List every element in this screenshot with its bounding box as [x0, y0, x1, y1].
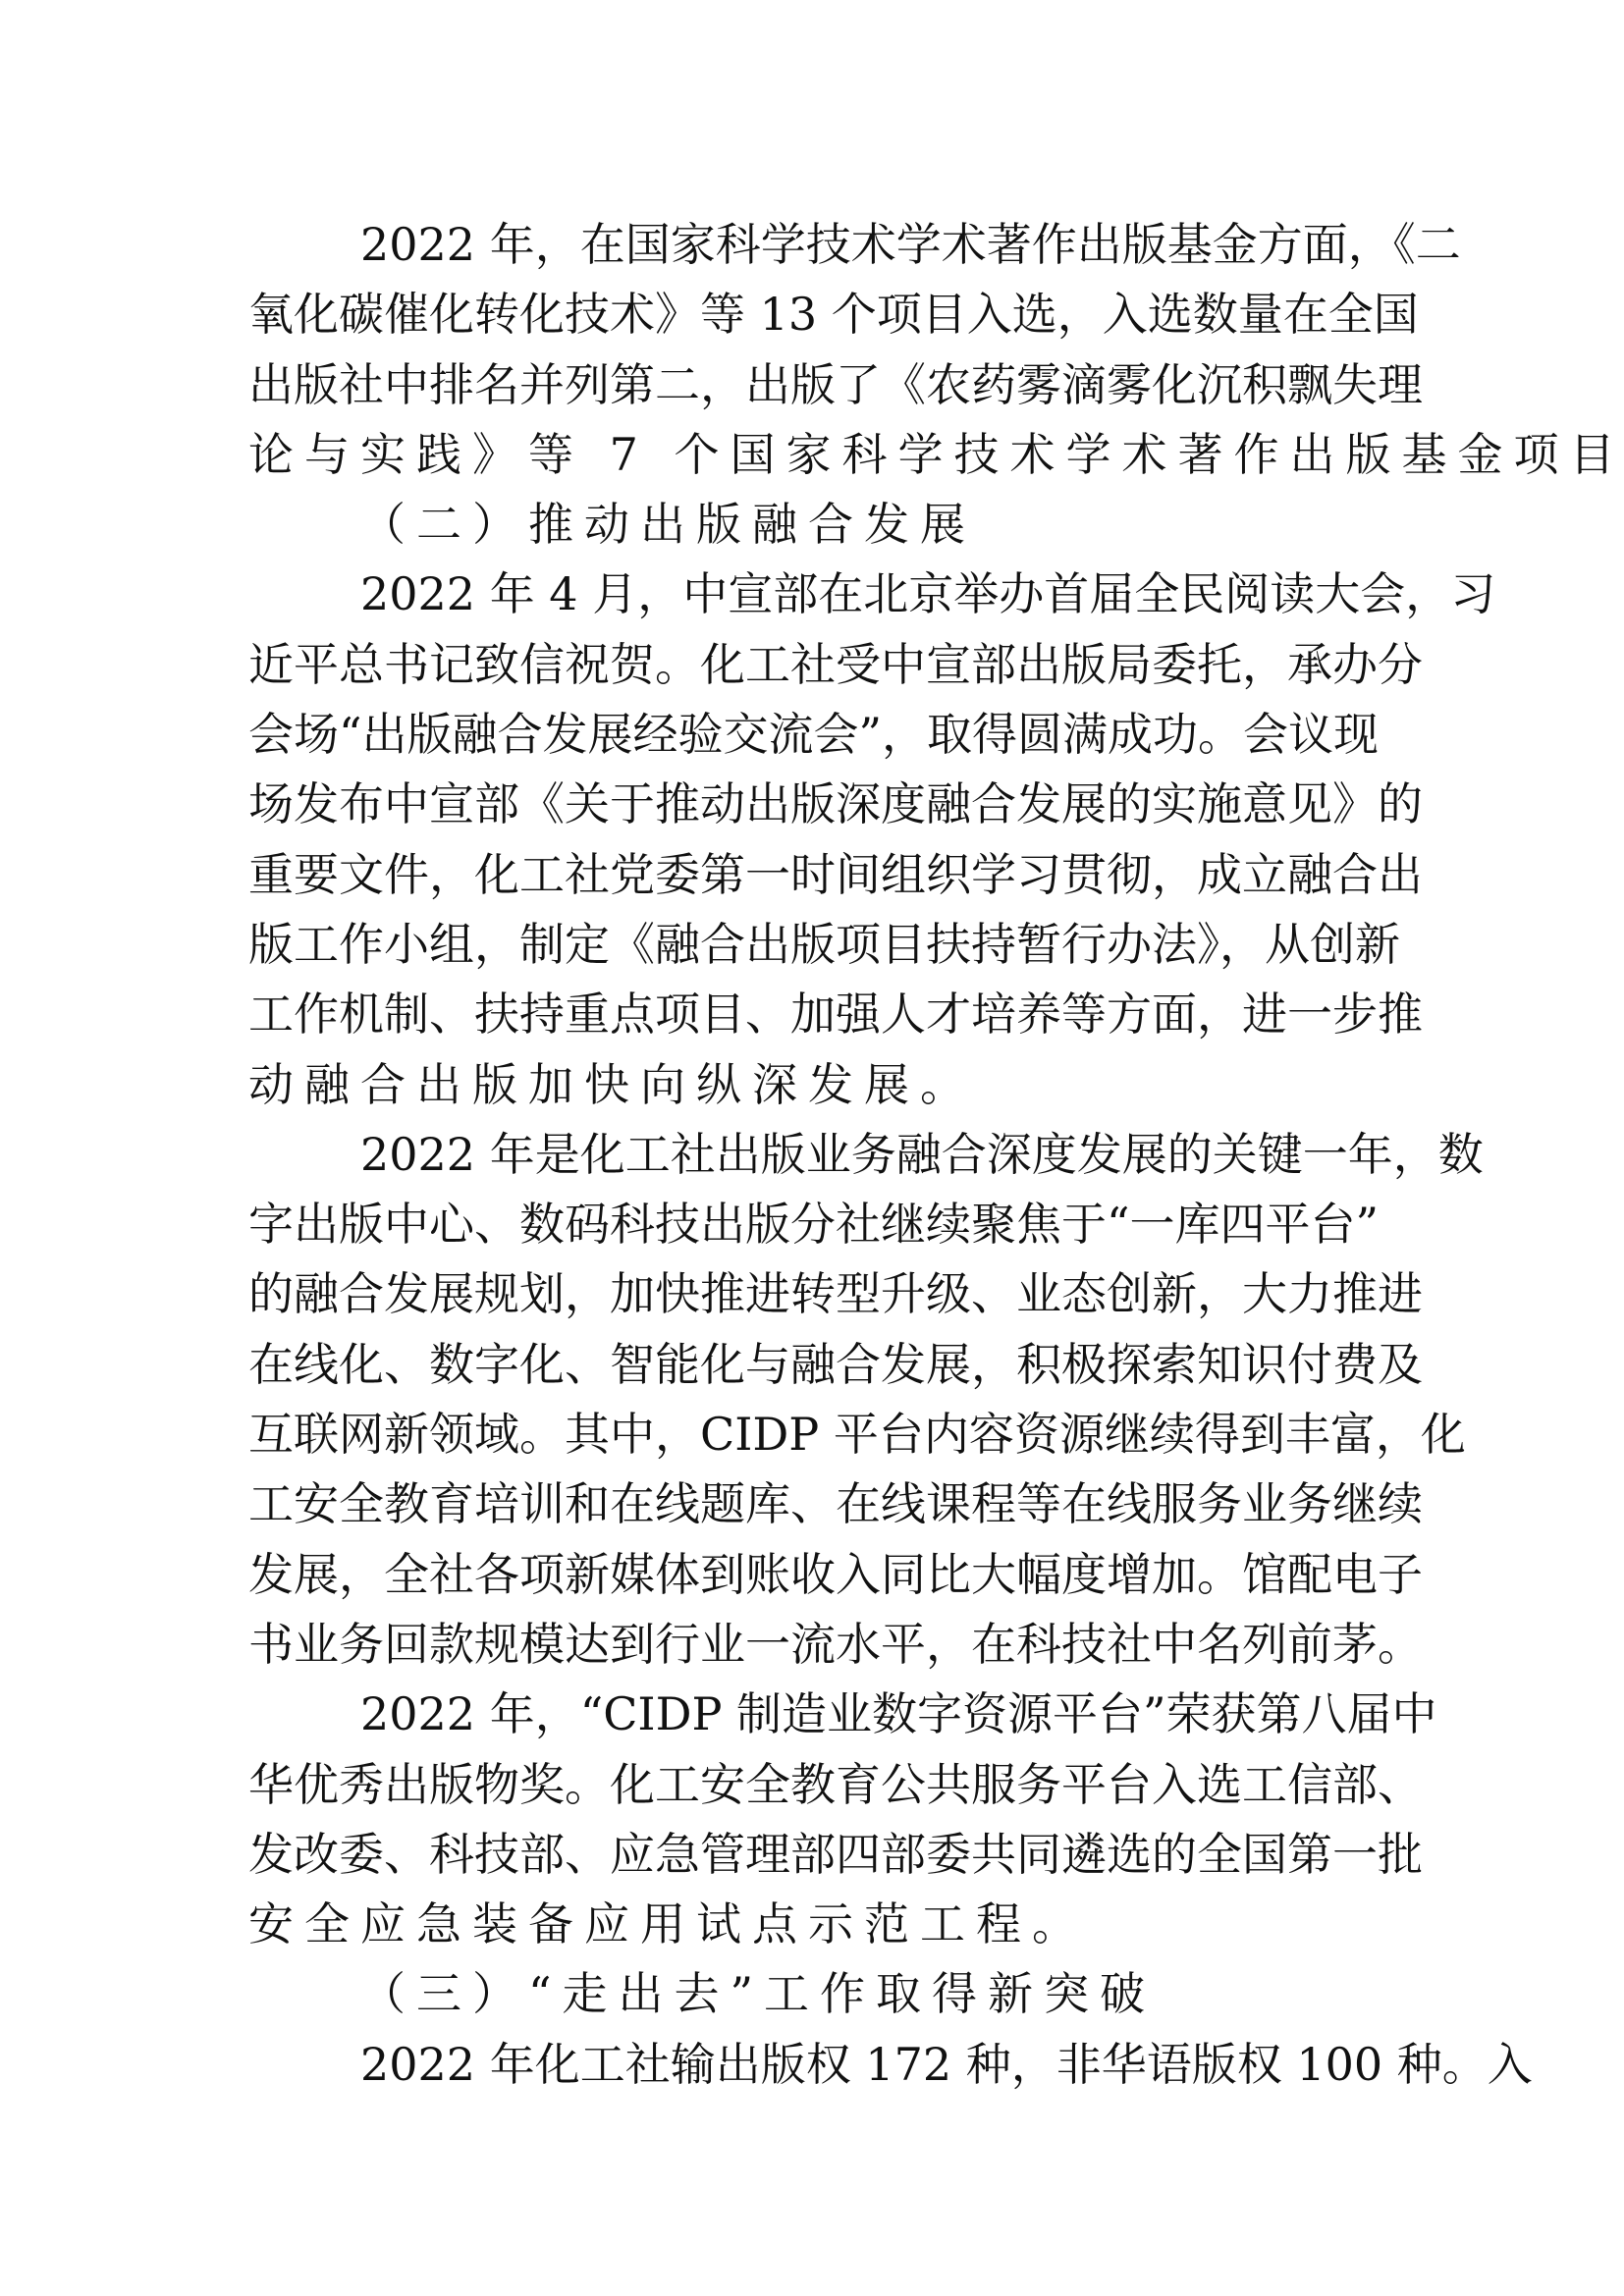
text-line: 出版社中排名并列第二，出版了《农药雾滴雾化沉积飘失理 — [248, 350, 1378, 420]
text-line: 工作机制、扶持重点项目、加强人才培养等方面，进一步推 — [248, 980, 1378, 1049]
text-line: 2022 年是化工社出版业务融合深度发展的关键一年，数 — [248, 1120, 1378, 1190]
text-line: 2022 年，在国家科学技术学术著作出版基金方面，《二 — [248, 210, 1378, 280]
text-line: 动融合出版加快向纵深发展。 — [248, 1050, 1378, 1120]
text-line: 的融合发展规划，加快推进转型升级、业态创新，大力推进 — [248, 1259, 1378, 1329]
paragraph-copyright-export: 2022 年化工社输出版权 172 种，非华语版权 100 种。入 — [248, 2030, 1378, 2100]
text-line: 在线化、数字化、智能化与融合发展，积极探索知识付费及 — [248, 1330, 1378, 1400]
text-line: 重要文件，化工社党委第一时间组织学习贯彻，成立融合出 — [248, 840, 1378, 910]
section-heading-integration: （二）推动出版融合发展 — [248, 490, 1378, 560]
text-line: 书业务回款规模达到行业一流水平，在科技社中名列前茅。 — [248, 1610, 1378, 1680]
text-line: 发展，全社各项新媒体到账收入同比大幅度增加。馆配电子 — [248, 1540, 1378, 1610]
paragraph-reading-conference: 2022 年 4 月，中宣部在北京举办首届全民阅读大会，习 近平总书记致信祝贺。… — [248, 560, 1378, 1119]
paragraph-cidp-award: 2022 年，“CIDP 制造业数字资源平台”荣获第八届中 华优秀出版物奖。化工… — [248, 1680, 1378, 1959]
text-line: 会场“出版融合发展经验交流会”，取得圆满成功。会议现 — [248, 700, 1378, 770]
text-line: 发改委、科技部、应急管理部四部委共同遴选的全国第一批 — [248, 1820, 1378, 1890]
document-page: 2022 年，在国家科学技术学术著作出版基金方面，《二 氧化碳催化转化技术》等 … — [248, 210, 1378, 2100]
paragraph-fund-projects: 2022 年，在国家科学技术学术著作出版基金方面，《二 氧化碳催化转化技术》等 … — [248, 210, 1378, 490]
text-line: 2022 年化工社输出版权 172 种，非华语版权 100 种。入 — [248, 2030, 1378, 2100]
text-line: 近平总书记致信祝贺。化工社受中宣部出版局委托，承办分 — [248, 630, 1378, 700]
text-line: 场发布中宣部《关于推动出版深度融合发展的实施意见》的 — [248, 770, 1378, 839]
paragraph-digital-publishing: 2022 年是化工社出版业务融合深度发展的关键一年，数 字出版中心、数码科技出版… — [248, 1120, 1378, 1680]
text-line: 氧化碳催化转化技术》等 13 个项目入选，入选数量在全国 — [248, 280, 1378, 349]
text-line: 工安全教育培训和在线题库、在线课程等在线服务业务继续 — [248, 1469, 1378, 1539]
text-line: 版工作小组，制定《融合出版项目扶持暂行办法》，从创新 — [248, 910, 1378, 980]
section-heading-going-global: （三）“走出去”工作取得新突破 — [248, 1959, 1378, 2029]
text-line: 2022 年，“CIDP 制造业数字资源平台”荣获第八届中 — [248, 1680, 1378, 1749]
text-line: 安全应急装备应用试点示范工程。 — [248, 1890, 1378, 1959]
text-line: 2022 年 4 月，中宣部在北京举办首届全民阅读大会，习 — [248, 560, 1378, 629]
text-line: 字出版中心、数码科技出版分社继续聚焦于“一库四平台” — [248, 1190, 1378, 1259]
text-line: 互联网新领域。其中，CIDP 平台内容资源继续得到丰富，化 — [248, 1400, 1378, 1469]
text-line: 论与实践》等 7 个国家科学技术学术著作出版基金项目。 — [248, 420, 1378, 490]
text-line: 华优秀出版物奖。化工安全教育公共服务平台入选工信部、 — [248, 1750, 1378, 1820]
